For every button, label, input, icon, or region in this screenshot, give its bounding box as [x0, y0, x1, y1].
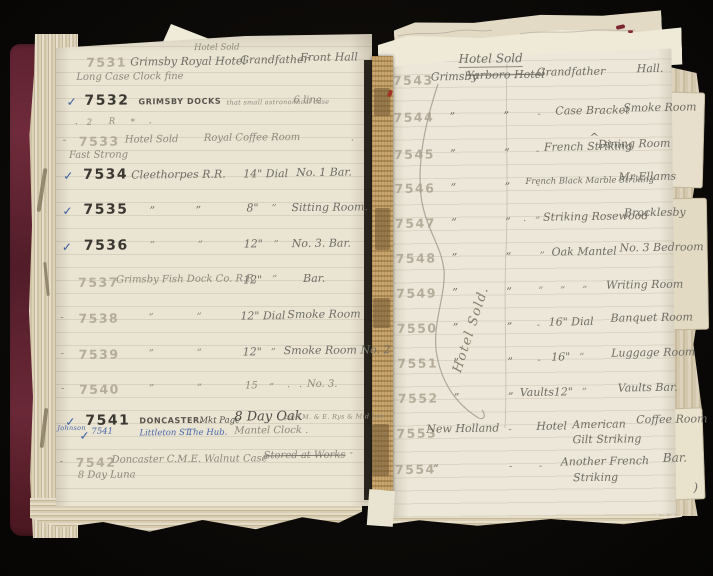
left-page: [56, 34, 372, 506]
ledger-photo: Hotel Sold. Hotel Sold7531Grimsby Royal …: [0, 0, 713, 576]
tape-stain: [375, 208, 390, 250]
tape-stain: [372, 424, 389, 476]
spine-paper-tab: [367, 489, 395, 527]
maroon-speck: [628, 30, 633, 33]
tape-stain: [373, 298, 390, 328]
right-page: [386, 47, 677, 518]
